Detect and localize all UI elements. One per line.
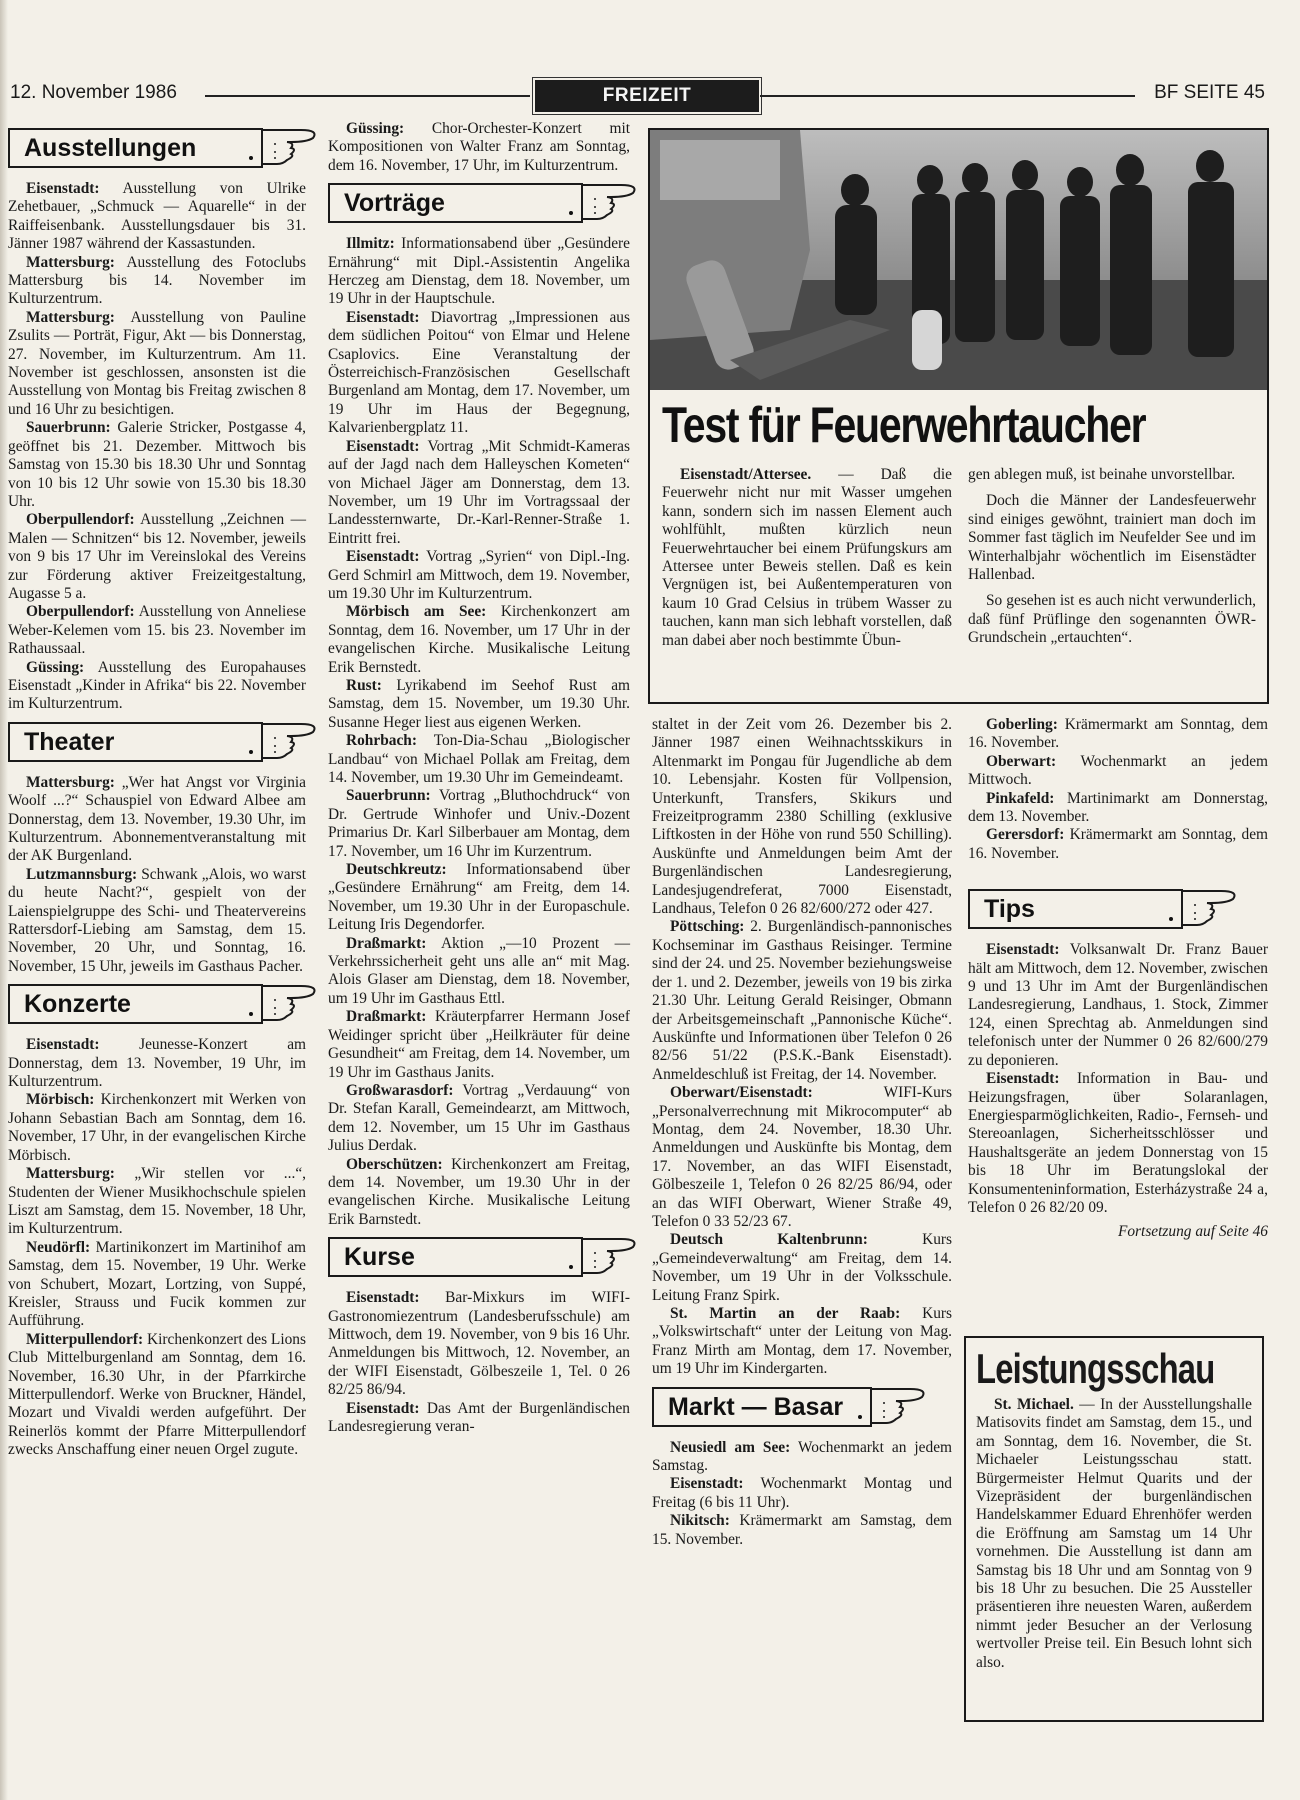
listing-place: Eisenstadt: — [986, 1070, 1060, 1087]
article-headline: Test für Feuerwehrtaucher — [662, 396, 1154, 454]
listing-place: Mattersburg: — [26, 774, 115, 791]
listing-place: Draßmarkt: — [346, 1008, 426, 1025]
konzerte-list: Eisenstadt: Jeunesse-Konzert am Donnerst… — [8, 1036, 306, 1459]
feature-photo — [648, 128, 1269, 394]
column-2: Güssing: Chor-Orchester-Konzert mit Komp… — [328, 120, 630, 1436]
listing-place: Güssing: — [26, 659, 84, 676]
continuation-note: Fortsetzung auf Seite 46 — [968, 1223, 1268, 1241]
listing-entry: Pinkafeld: Martinimarkt am Donnerstag, d… — [968, 790, 1268, 827]
kurse-list: Eisenstadt: Bar-Mixkurs im WIFI-Gastrono… — [328, 1289, 630, 1436]
listing-place: Mitterpullendorf: — [26, 1331, 143, 1348]
listing-place: Mattersburg: — [26, 309, 115, 326]
listing-place: Eisenstadt: — [986, 941, 1060, 958]
listing-place: Lutzmannsburg: — [26, 866, 137, 883]
leistungsschau-text: St. Michael. — In der Ausstellungshalle … — [976, 1396, 1252, 1672]
markt-list: Neusiedl am See: Wochenmarkt an jedem Sa… — [652, 1439, 952, 1549]
listing-place: Eisenstadt: — [346, 1289, 420, 1306]
listing-place: Sauerbrunn: — [346, 787, 431, 804]
section-title: Markt — Basar — [668, 1391, 843, 1423]
listing-entry: Draßmarkt: Aktion „—10 Prozent — Verkehr… — [328, 935, 630, 1009]
section-heading-ausstellungen: Ausstellungen — [8, 128, 306, 168]
listing-entry: Pöttsching: 2. Burgenländisch-pannonisch… — [652, 918, 952, 1084]
pointing-hand-icon — [261, 128, 321, 168]
listing-place: Oberschützen: — [346, 1156, 443, 1173]
listing-place: Deutschkreutz: — [346, 861, 447, 878]
listing-text: WIFI-Kurs „Personalverrechnung mit Mikro… — [652, 1084, 952, 1230]
listing-place: Oberpullendorf: — [26, 603, 135, 620]
listing-entry: Oberpullendorf: Ausstellung „Zeichnen — … — [8, 511, 306, 603]
listing-entry: Großwarasdorf: Vortrag „Verdauung“ von D… — [328, 1082, 630, 1156]
section-heading-theater: Theater — [8, 722, 306, 762]
listing-place: Neudörfl: — [26, 1239, 90, 1256]
leistungsschau-body: — In der Ausstellungshalle Matisovits fi… — [976, 1396, 1252, 1671]
listing-entry: Eisenstadt: Information in Bau- und Heiz… — [968, 1070, 1268, 1217]
listing-entry: Goberling: Krämermarkt am Sonntag, dem 1… — [968, 716, 1268, 753]
listing-place: Eisenstadt: — [346, 438, 420, 455]
pointing-hand-icon — [870, 1387, 930, 1427]
listing-entry: Deutschkreutz: Informationsabend über „G… — [328, 861, 630, 935]
listing-place: Sauerbrunn: — [26, 419, 111, 436]
page-scan-edge — [0, 0, 8, 1800]
listing-place: Illmitz: — [346, 235, 395, 252]
listing-place: Gerersdorf: — [986, 826, 1064, 843]
listing-place: Mattersburg: — [26, 254, 115, 271]
section-title: Theater — [24, 726, 114, 758]
listing-place: Eisenstadt: — [670, 1475, 744, 1492]
listing-entry: Mörbisch am See: Kirchenkonzert am Sonnt… — [328, 603, 630, 677]
listing-place: Oberpullendorf: — [26, 511, 135, 528]
listing-entry: Eisenstadt: Diavortrag „Impressionen aus… — [328, 309, 630, 438]
listing-place: Eisenstadt: — [26, 1036, 100, 1053]
listing-entry: Mattersburg: Ausstellung des Fotoclubs M… — [8, 254, 306, 309]
listing-entry: Oberwart: Wochenmarkt an jedem Mittwoch. — [968, 753, 1268, 790]
listing-entry: Güssing: Ausstellung des Europahauses Ei… — [8, 659, 306, 714]
listing-entry: Sauerbrunn: Vortrag „Bluthochdruck“ von … — [328, 787, 630, 861]
section-title: Vorträge — [344, 187, 445, 219]
listing-entry: Mitterpullendorf: Kirchenkonzert des Lio… — [8, 1331, 306, 1460]
tips-list: Eisenstadt: Volksanwalt Dr. Franz Bauer … — [968, 941, 1268, 1217]
listing-place: Pöttsching: — [670, 918, 744, 935]
listing-entry: Güssing: Chor-Orchester-Konzert mit Komp… — [328, 120, 630, 175]
listing-entry: Mattersburg: „Wir stellen vor ...“, Stud… — [8, 1165, 306, 1239]
listing-place: Neusiedl am See: — [670, 1439, 790, 1456]
listing-place: Eisenstadt/Attersee. — [680, 466, 811, 483]
section-heading-tips: Tips — [968, 889, 1268, 929]
listing-entry: Mattersburg: Ausstellung von Pauline Zsu… — [8, 309, 306, 419]
listing-entry: Oberwart/Eisenstadt: WIFI-Kurs „Personal… — [652, 1084, 952, 1231]
listing-entry: St. Martin an der Raab: Kurs „Volkswirts… — [652, 1305, 952, 1379]
listing-text: Volksanwalt Dr. Franz Bauer hält am Mitt… — [968, 941, 1268, 1068]
listing-text: staltet in der Zeit vom 26. Dezember bis… — [652, 716, 952, 917]
masthead-rule-right — [760, 95, 1135, 97]
listing-place: Draßmarkt: — [346, 935, 426, 952]
section-banner: FREIZEIT — [535, 80, 759, 112]
pointing-hand-icon — [581, 1237, 641, 1277]
listing-place: Pinkafeld: — [986, 790, 1054, 807]
issue-date: 12. November 1986 — [10, 82, 177, 104]
listing-place: Eisenstadt: — [346, 1400, 420, 1417]
markt-continued-list: Goberling: Krämermarkt am Sonntag, dem 1… — [968, 716, 1268, 863]
listing-place: Nikitsch: — [670, 1512, 730, 1529]
listing-place: Rust: — [346, 677, 382, 694]
listing-text: Kirchenkonzert des Lions Club Mittelburg… — [8, 1331, 306, 1458]
listing-entry: Nikitsch: Krämermarkt am Samstag, dem 15… — [652, 1512, 952, 1549]
feature-article: Test für Feuerwehrtaucher Eisenstadt/Att… — [648, 390, 1269, 704]
listing-place: Mörbisch am See: — [346, 603, 486, 620]
section-title: Konzerte — [24, 988, 131, 1020]
listing-entry: Sauerbrunn: Galerie Stricker, Postgasse … — [8, 419, 306, 511]
konzerte-continued-list: Güssing: Chor-Orchester-Konzert mit Komp… — [328, 120, 630, 175]
listing-place: Oberwart: — [986, 753, 1056, 770]
listing-entry: Mattersburg: „Wer hat Angst vor Virginia… — [8, 774, 306, 866]
section-heading-vortraege: Vorträge — [328, 183, 630, 223]
listing-text: 2. Burgenländisch-pannonisches Kochsemin… — [652, 918, 952, 1082]
listing-entry: Rust: Lyrikabend im Seehof Rust am Samst… — [328, 677, 630, 732]
listing-text: Information in Bau- und Heizungsfragen, … — [968, 1070, 1268, 1216]
section-heading-konzerte: Konzerte — [8, 984, 306, 1024]
listing-entry: Gerersdorf: Krämermarkt am Sonntag, dem … — [968, 826, 1268, 863]
listing-place: St. Martin an der Raab: — [670, 1305, 900, 1322]
listing-entry: Eisenstadt/Attersee. — Daß die Feuerwehr… — [662, 466, 952, 650]
column-4: Goberling: Krämermarkt am Sonntag, dem 1… — [968, 716, 1268, 1242]
listing-entry: Neusiedl am See: Wochenmarkt an jedem Sa… — [652, 1439, 952, 1476]
article-column-a: Eisenstadt/Attersee. — Daß die Feuerwehr… — [662, 466, 952, 658]
listing-entry: Illmitz: Informationsabend über „Gesünde… — [328, 235, 630, 309]
section-heading-kurse: Kurse — [328, 1237, 630, 1277]
ausstellungen-list: Eisenstadt: Ausstellung von Ulrike Zehet… — [8, 180, 306, 714]
leistungsschau-box: Leistungsschau St. Michael. — In der Aus… — [964, 1336, 1264, 1722]
listing-text: — Daß die Feuerwehr nicht nur mit Wasser… — [662, 466, 952, 649]
listing-entry: Eisenstadt: Das Amt der Burgenländischen… — [328, 1400, 630, 1437]
listing-entry: Eisenstadt: Bar-Mixkurs im WIFI-Gastrono… — [328, 1289, 630, 1399]
page-number: BF SEITE 45 — [1154, 82, 1265, 104]
section-title: Kurse — [344, 1241, 415, 1273]
column-3: staltet in der Zeit vom 26. Dezember bis… — [652, 716, 952, 1549]
listing-place: Deutsch Kaltenbrunn: — [670, 1231, 868, 1248]
leistungsschau-place: St. Michael. — [994, 1396, 1074, 1413]
section-title: Ausstellungen — [24, 132, 196, 164]
listing-place: Goberling: — [986, 716, 1058, 733]
listing-place: Güssing: — [346, 120, 404, 137]
theater-list: Mattersburg: „Wer hat Angst vor Virginia… — [8, 774, 306, 976]
section-title: Tips — [984, 893, 1035, 925]
listing-entry: Eisenstadt: Volksanwalt Dr. Franz Bauer … — [968, 941, 1268, 1070]
pointing-hand-icon — [581, 183, 641, 223]
listing-entry: Deutsch Kaltenbrunn: Kurs „Gemeindeverwa… — [652, 1231, 952, 1305]
listing-entry: Rohrbach: Ton-Dia-Schau „Biologischer La… — [328, 732, 630, 787]
listing-entry: Eisenstadt: Vortrag „Syrien“ von Dipl.-I… — [328, 548, 630, 603]
section-heading-markt: Markt — Basar — [652, 1387, 952, 1427]
listing-entry: Oberpullendorf: Ausstellung von Annelies… — [8, 603, 306, 658]
article-paragraph: Doch die Männer der Landesfeuerwehr sind… — [968, 492, 1256, 584]
listing-text: Diavortrag „Impressionen aus dem südlich… — [328, 309, 630, 436]
pointing-hand-icon — [1181, 889, 1241, 929]
listing-place: Großwarasdorf: — [346, 1082, 453, 1099]
article-paragraph: So gesehen ist es auch nicht verwunderli… — [968, 592, 1256, 647]
masthead-rule-left — [205, 95, 530, 97]
listing-place: Eisenstadt: — [346, 548, 420, 565]
pointing-hand-icon — [261, 722, 321, 762]
listing-entry: Draßmarkt: Kräuterpfarrer Hermann Josef … — [328, 1008, 630, 1082]
divers-photo-illustration — [650, 130, 1267, 392]
kurse-continued-list: staltet in der Zeit vom 26. Dezember bis… — [652, 716, 952, 1379]
listing-place: Mattersburg: — [26, 1165, 115, 1182]
listing-place: Rohrbach: — [346, 732, 417, 749]
listing-place: Oberwart/Eisenstadt: — [670, 1084, 813, 1101]
pointing-hand-icon — [261, 984, 321, 1024]
listing-entry: Mörbisch: Kirchenkonzert mit Werken von … — [8, 1091, 306, 1165]
listing-entry: Eisenstadt: Wochenmarkt Montag und Freit… — [652, 1475, 952, 1512]
column-1: Ausstellungen Eisenstadt: Ausstellung vo… — [8, 120, 306, 1460]
listing-entry: Eisenstadt: Ausstellung von Ulrike Zehet… — [8, 180, 306, 254]
masthead: 12. November 1986 FREIZEIT BF SEITE 45 — [10, 80, 1265, 112]
listing-place: Mörbisch: — [26, 1091, 94, 1108]
article-body-a: Eisenstadt/Attersee. — Daß die Feuerwehr… — [662, 466, 952, 650]
listing-entry: Lutzmannsburg: Schwank „Alois, wo warst … — [8, 866, 306, 976]
listing-entry: Oberschützen: Kirchenkonzert am Freitag,… — [328, 1156, 630, 1230]
vortraege-list: Illmitz: Informationsabend über „Gesünde… — [328, 235, 630, 1229]
listing-place: Eisenstadt: — [26, 180, 100, 197]
listing-entry: Neudörfl: Martinikonzert im Martinihof a… — [8, 1239, 306, 1331]
listing-entry: Eisenstadt: Jeunesse-Konzert am Donnerst… — [8, 1036, 306, 1091]
listing-place: Eisenstadt: — [346, 309, 420, 326]
listing-entry: staltet in der Zeit vom 26. Dezember bis… — [652, 716, 952, 918]
leistungsschau-headline: Leistungsschau — [976, 1344, 1191, 1394]
listing-entry: Eisenstadt: Vortrag „Mit Schmidt-Kameras… — [328, 438, 630, 548]
article-paragraph: gen ablegen muß, ist beinahe unvorstellb… — [968, 466, 1256, 484]
article-column-b: gen ablegen muß, ist beinahe unvorstellb… — [968, 466, 1256, 656]
